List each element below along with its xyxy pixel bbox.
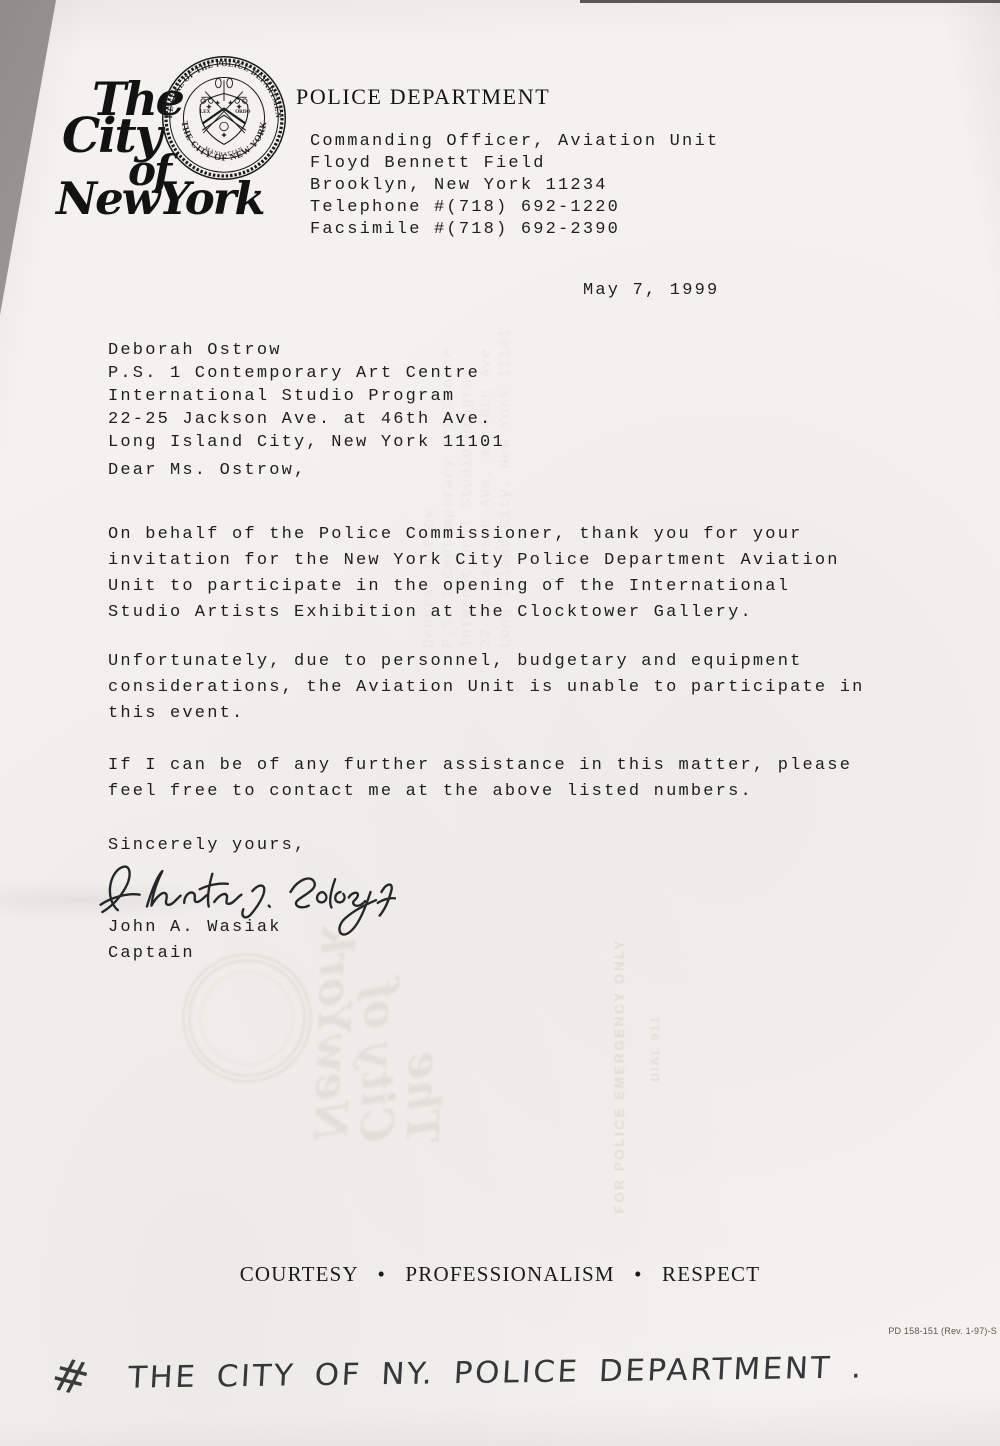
ghost-logo-watermark: The City of NewYork xyxy=(182,945,502,1225)
handwritten-note: THE CITY OF NY. POLICE DEPARTMENT . xyxy=(127,1350,865,1395)
body-paragraph-1: On behalf of the Police Commissioner, th… xyxy=(108,522,840,626)
footer-motto: COURTESY • PROFESSIONALISM • RESPECT xyxy=(0,1262,1000,1287)
seal-motto-ordo: ORDO xyxy=(235,109,250,115)
ghost-logo-text: The City of NewYork xyxy=(306,923,451,1144)
department-title: POLICE DEPARTMENT xyxy=(296,84,550,110)
form-number: PD 158-151 (Rev. 1-97)-S xyxy=(888,1326,997,1336)
scanned-letter-page: Deborah Ostrow P.S. 1 Contemporary Art C… xyxy=(0,0,1000,1446)
seal-motto-lex: LEX xyxy=(200,109,211,115)
body-paragraph-3: If I can be of any further assistance in… xyxy=(108,753,852,805)
ghost-seal-icon xyxy=(182,953,312,1083)
ghost-emergency-text: FOR POLICE EMERGENCY ONLY xyxy=(612,938,627,1214)
letter-date: May 7, 1999 xyxy=(583,281,719,300)
ghost-dial-911-text: DIAL 911 xyxy=(648,1015,662,1081)
paper-crease xyxy=(0,880,260,920)
signer-name-title-block: John A. Wasiak Captain xyxy=(108,915,282,967)
seal-shield xyxy=(200,93,248,144)
police-department-seal-icon: · THE SEAL OF THE POLICE DEPARTMENT · TH… xyxy=(158,52,290,184)
body-paragraph-2: Unfortunately, due to personnel, budgeta… xyxy=(108,649,865,727)
handwritten-hash-mark: # xyxy=(46,1347,95,1408)
salutation: Dear Ms. Ostrow, xyxy=(108,461,306,480)
recipient-address-block: Deborah Ostrow P.S. 1 Contemporary Art C… xyxy=(108,339,505,454)
scan-top-edge xyxy=(580,0,1000,3)
letterhead-contact-block: Commanding Officer, Aviation Unit Floyd … xyxy=(310,131,719,241)
